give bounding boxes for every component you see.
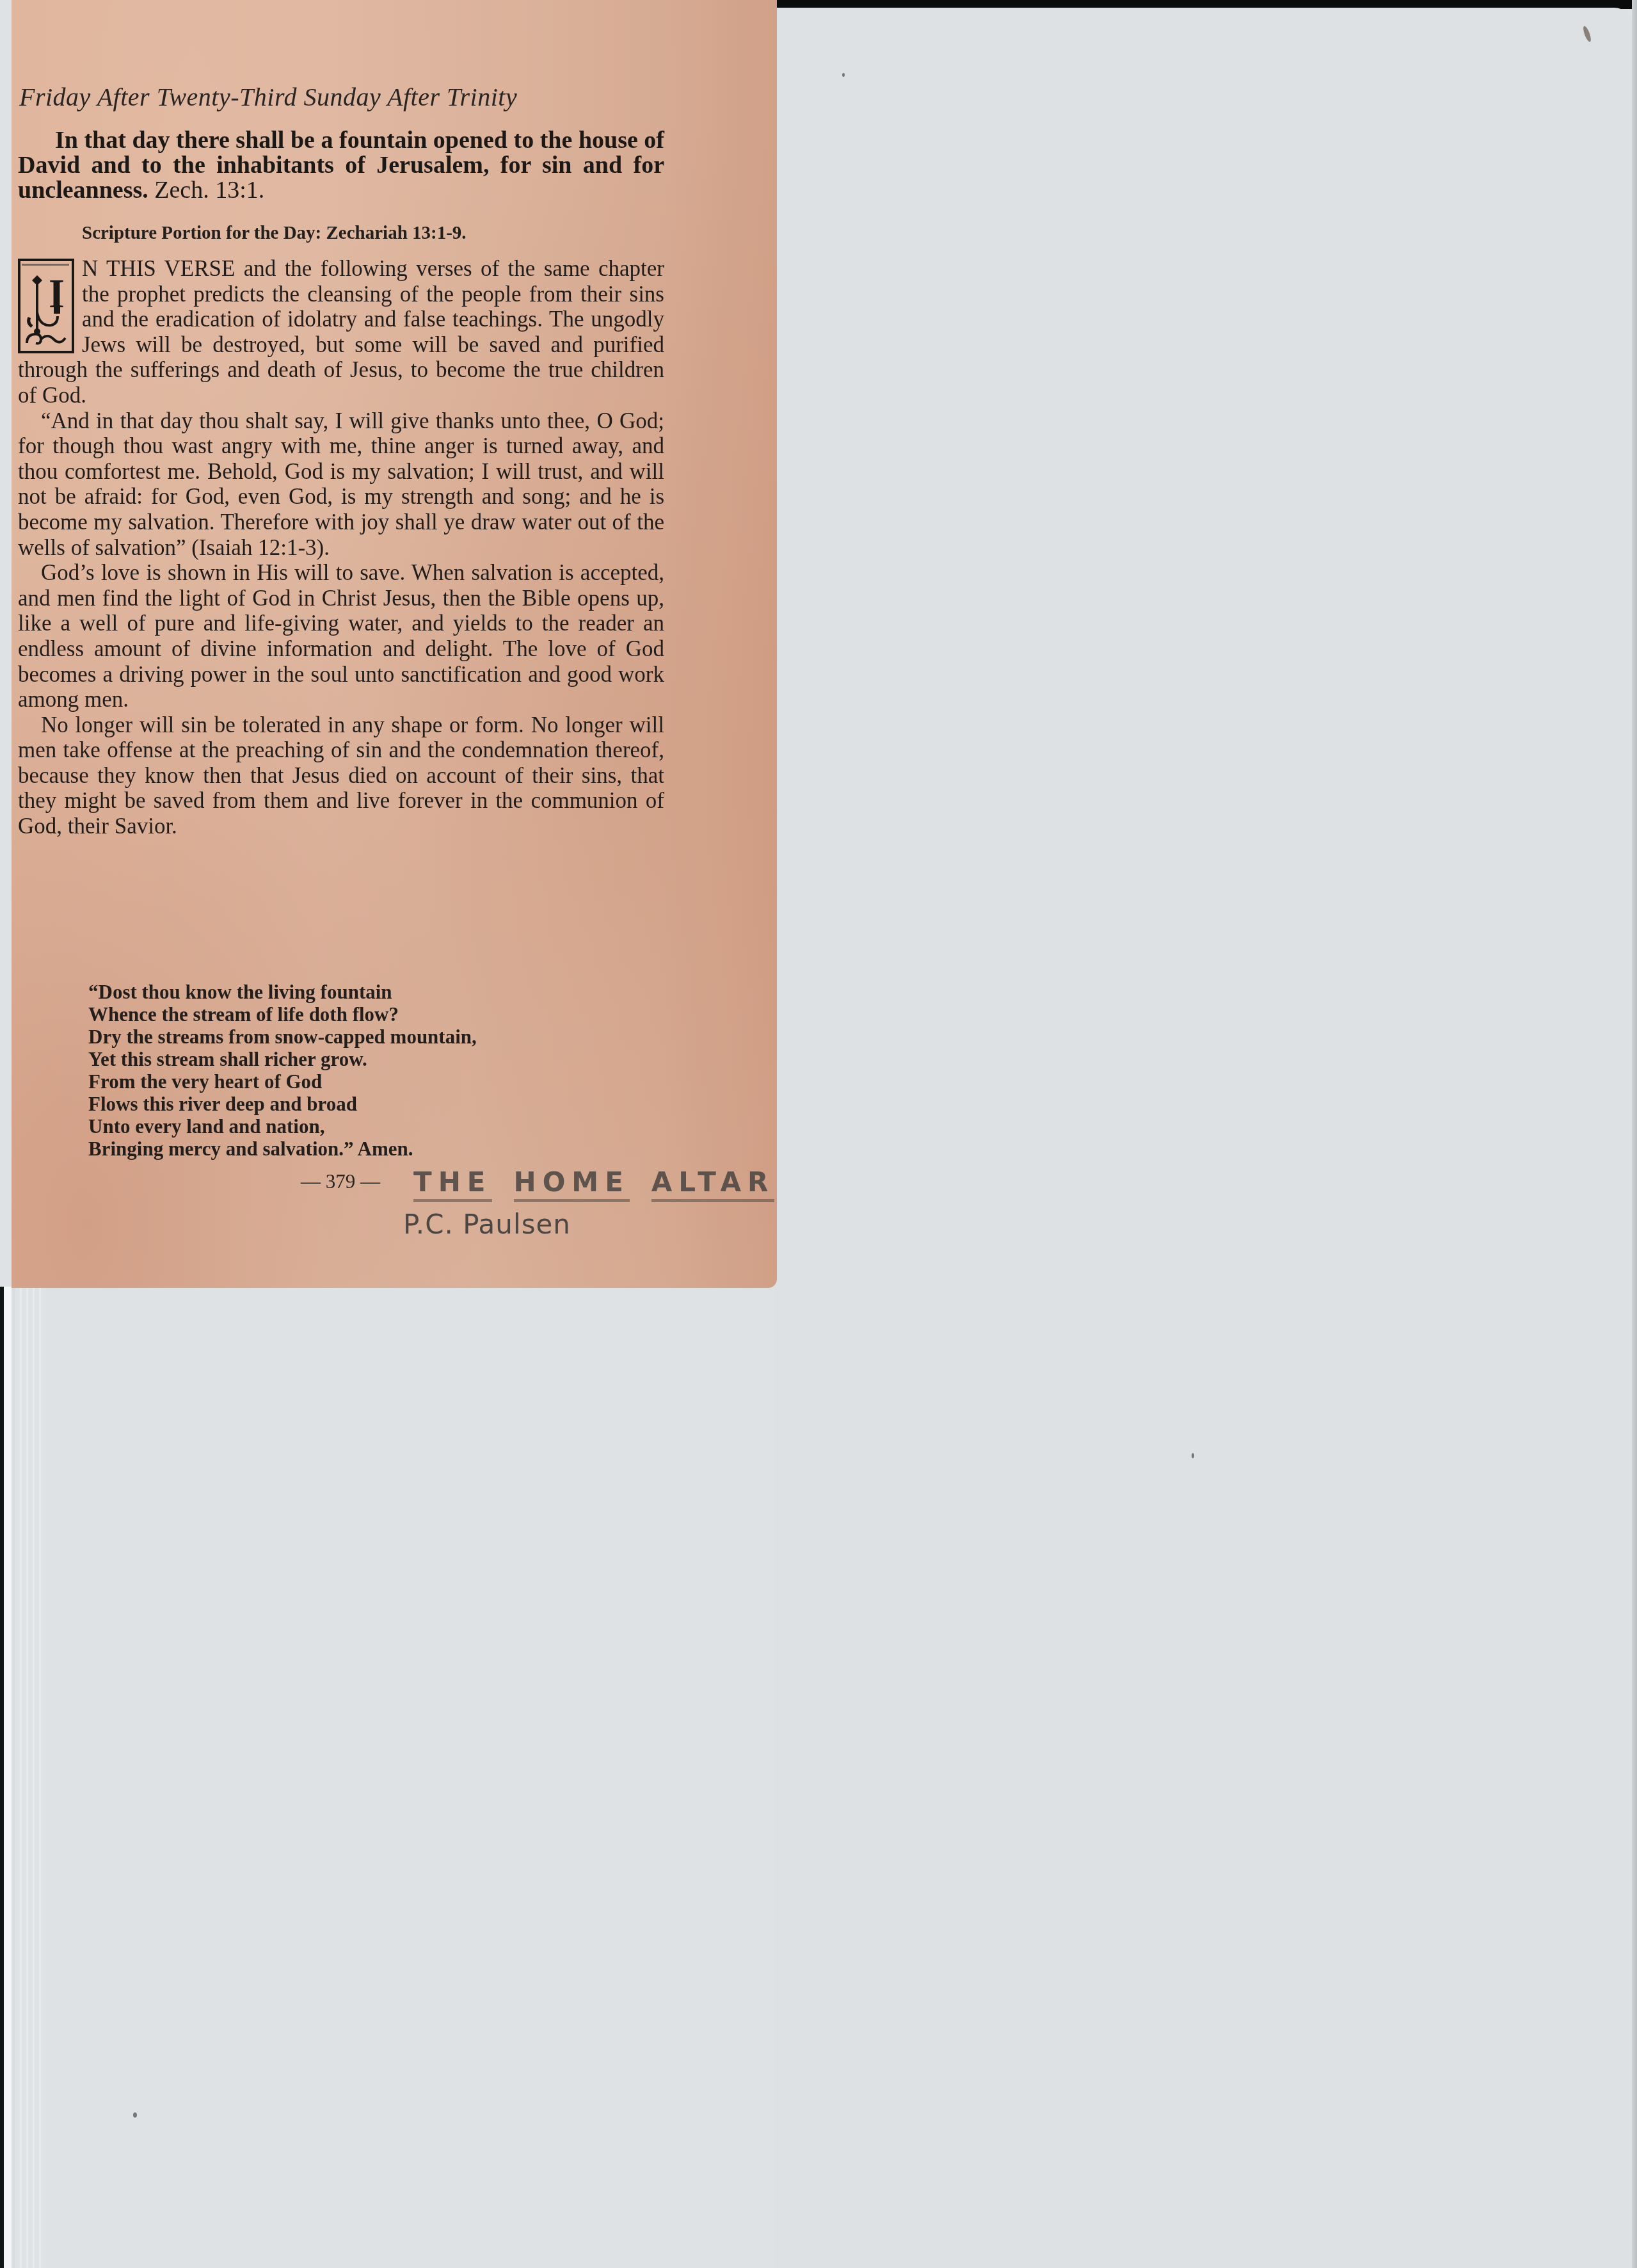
handwritten-word: HOME [514,1166,630,1202]
handwritten-author: P.C. Paulsen [403,1209,571,1240]
paragraph-3: God’s love is shown in His will to save.… [18,560,664,712]
dust-speck [133,2112,137,2118]
scripture-portion: Scripture Portion for the Day: Zechariah… [82,223,658,244]
key-verse: In that day there shall be a fountain op… [18,128,664,203]
paragraph-1: I N THIS VERSE and the following verses … [18,256,664,408]
hymn-line: Whence the stream of life doth flow? [88,1003,613,1025]
handwritten-word: ALTAR [651,1166,775,1202]
devotion-day-title: Friday After Twenty-Third Sunday After T… [19,82,659,112]
ornamental-drop-cap-icon: I [18,259,74,353]
handwritten-word: THE [413,1166,492,1202]
paragraph-1-text: N THIS VERSE and the following verses of… [18,256,664,408]
key-verse-text: In that day there shall be a fountain op… [18,127,664,204]
backing-sheet-edge [15,1287,45,2268]
page-number: — 379 — [301,1170,380,1193]
backing-sheet [774,8,1633,2268]
hymn-line: Flows this river deep and broad [88,1093,613,1115]
paragraph-2: “And in that day thou shalt say, I will … [18,408,664,561]
scanner-left-edge [0,1287,15,2268]
scanner-right-edge [1632,0,1637,2268]
hymn-line: Unto every land and nation, [88,1115,613,1138]
hymn-line: From the very heart of God [88,1070,613,1093]
hymn-line: Dry the streams from snow-capped mountai… [88,1025,613,1048]
hymn-line: Bringing mercy and salvation.” Amen. [88,1138,613,1160]
hymn-line: “Dost thou know the living fountain [88,981,613,1003]
devotion-body: I N THIS VERSE and the following verses … [18,256,664,839]
key-verse-reference: Zech. 13:1. [154,177,264,204]
closing-hymn: “Dost thou know the living fountain When… [88,981,613,1160]
hymn-line: Yet this stream shall richer grow. [88,1048,613,1070]
handwritten-source-title: THEHOMEALTAR [413,1166,796,1198]
dust-speck [842,73,845,77]
dust-speck [1192,1453,1194,1458]
newspaper-clipping: Friday After Twenty-Third Sunday After T… [12,0,777,1288]
paragraph-4: No longer will sin be tolerated in any s… [18,712,664,839]
